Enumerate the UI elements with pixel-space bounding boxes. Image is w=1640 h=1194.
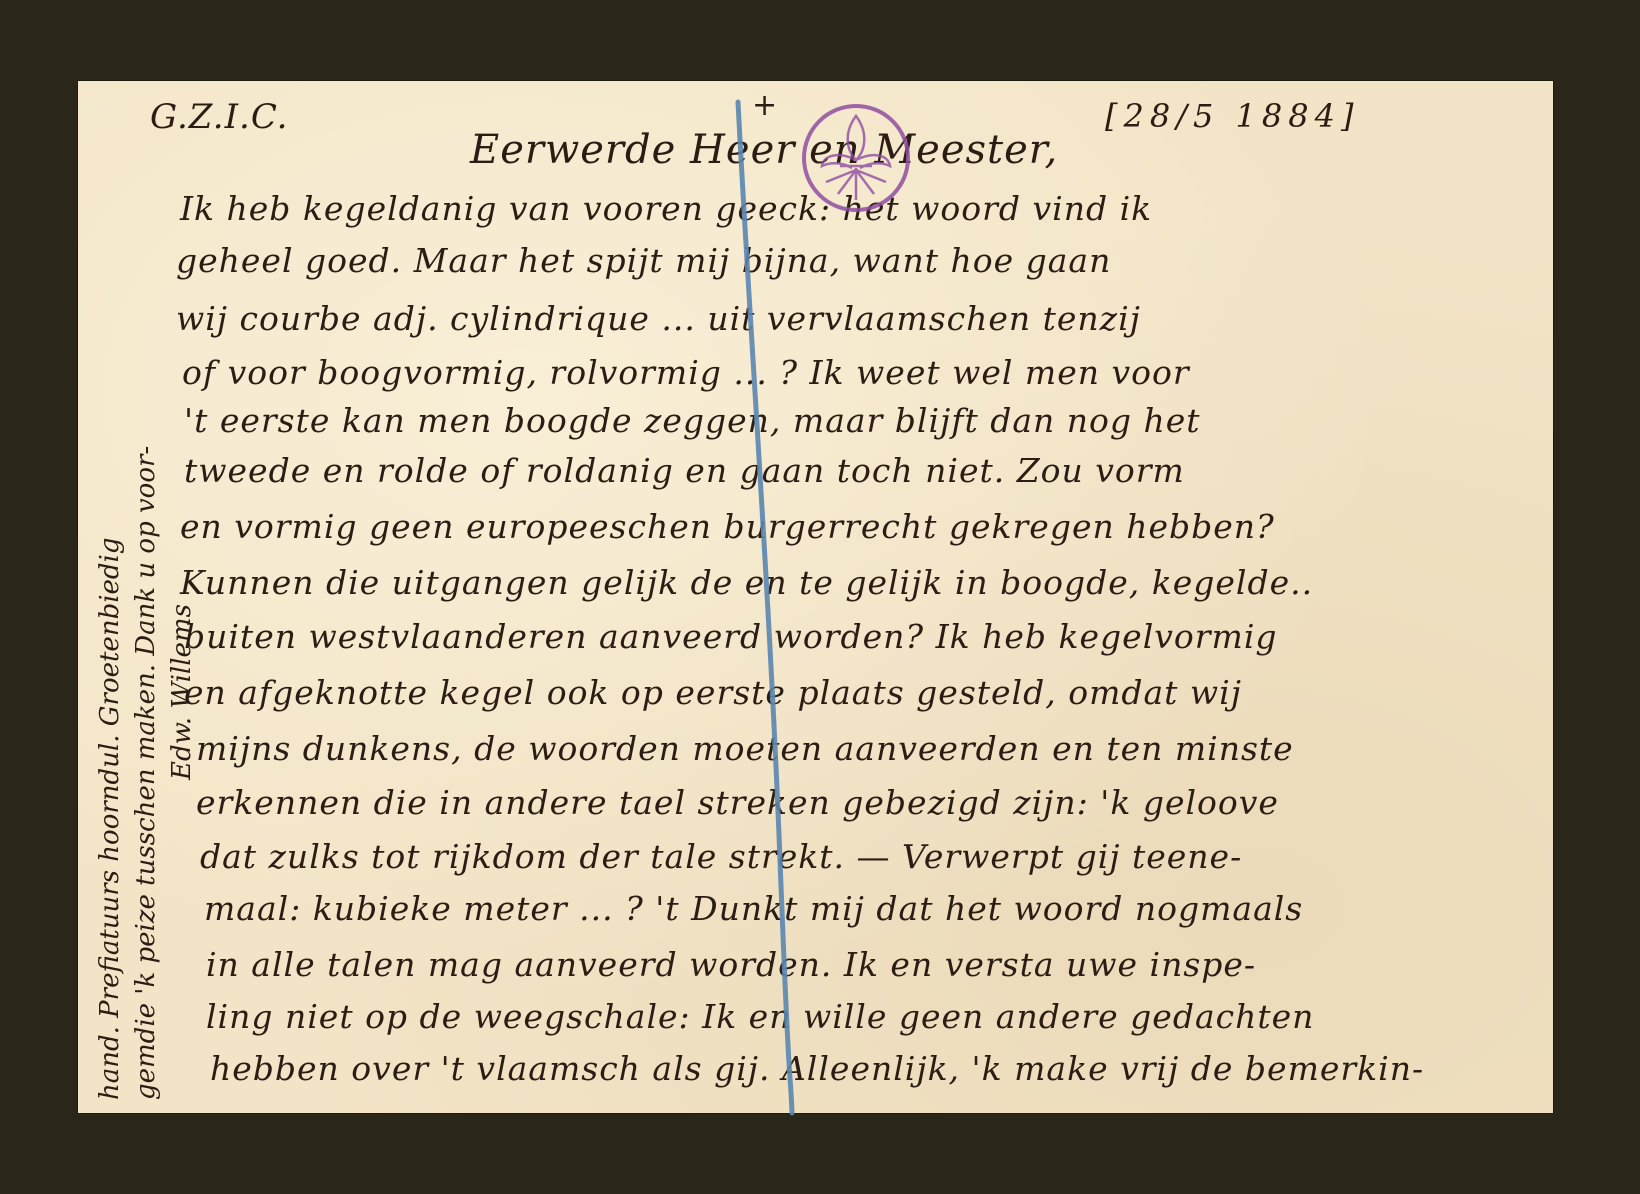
body-line: en afgeknotte kegel ook op eerste plaats… xyxy=(184,676,1242,709)
body-line: en vormig geen europeeschen burgerrecht … xyxy=(180,510,1275,543)
body-line: ling niet op de weegschale: Ik en wille … xyxy=(206,1000,1314,1033)
body-line: Ik heb kegeldanig van vooren geeck: het … xyxy=(180,192,1152,225)
body-line: 't eerste kan men boogde zeggen, maar bl… xyxy=(184,404,1201,437)
body-line: in alle talen mag aanveerd worden. Ik en… xyxy=(206,948,1256,981)
margin-line: hand. Prefiatuurs hoorndul. Groetenbiedi… xyxy=(92,446,128,1100)
body-line: Kunnen die uitgangen gelijk de en te gel… xyxy=(180,566,1313,599)
signature: Edw. Willems xyxy=(164,446,200,1100)
body-line: hebben over 't vlaamsch als gij. Alleenl… xyxy=(210,1052,1424,1085)
margin-line: gemdie 'k peize tusschen maken. Dank u o… xyxy=(128,446,164,1100)
body-line: wij courbe adj. cylindrique ... uit verv… xyxy=(176,302,1141,335)
date-annotation: [28/5 1884] xyxy=(1105,100,1359,132)
cross-mark: + xyxy=(752,88,777,123)
header-initials: G.Z.I.C. xyxy=(150,100,288,134)
body-line: dat zulks tot rijkdom der tale strekt. —… xyxy=(200,840,1242,873)
body-line: mijns dunkens, de woorden moeten aanveer… xyxy=(196,732,1294,765)
body-line: buiten westvlaanderen aanveerd worden? I… xyxy=(184,620,1278,653)
salutation: Eerwerde Heer en Meester, xyxy=(470,130,1058,170)
body-line: maal: kubieke meter ... ? 't Dunkt mij d… xyxy=(204,892,1303,925)
body-line: geheel goed. Maar het spijt mij bijna, w… xyxy=(176,244,1111,277)
body-line: erkennen die in andere tael streken gebe… xyxy=(196,786,1279,819)
body-line: tweede en rolde of roldanig en gaan toch… xyxy=(184,454,1185,487)
margin-note: hand. Prefiatuurs hoorndul. Groetenbiedi… xyxy=(92,446,200,1100)
body-line: of voor boogvormig, rolvormig ... ? Ik w… xyxy=(182,356,1190,389)
